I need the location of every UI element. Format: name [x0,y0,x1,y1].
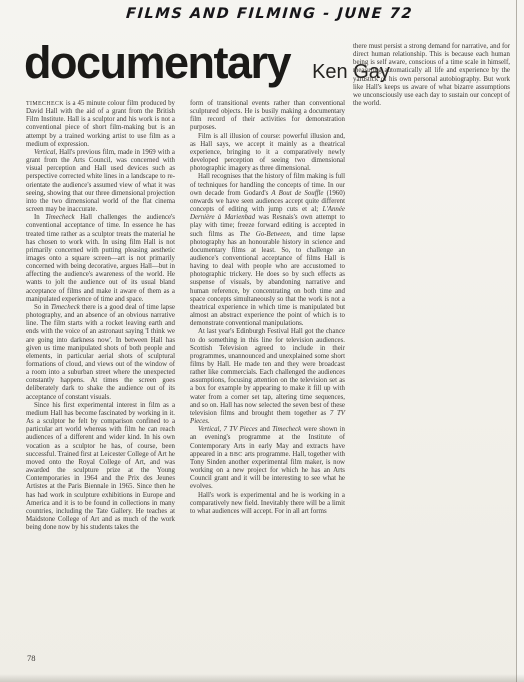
text-segment: The Go-Between, [240,231,292,238]
article-column-1: TIMECHECK is a 45 minute colour film pro… [26,100,175,532]
text-segment: Timecheck [272,426,301,433]
paragraph: Film is all illusion of course: powerful… [190,133,345,174]
article-title: documentary [24,40,290,86]
text-segment: Hall challenges the audience's conventio… [26,214,175,303]
text-segment: Film is all illusion of course: powerful… [190,133,345,173]
text-segment: and [258,426,273,433]
text-segment: In [34,214,45,221]
paragraph: At last year's Edinburgh Festival Hall g… [190,328,345,426]
page-edge-line [516,0,517,682]
text-segment: TIMECHECK [26,101,64,107]
text-segment: Vertical, 7 TV Pieces [198,426,258,433]
article-masthead: documentaryKen Gay [24,40,390,92]
text-segment: Vertical, [34,149,57,156]
text-segment: So in [34,304,51,311]
text-segment: form of transitional events rather than … [190,100,345,131]
article-column-2: form of transitional events rather than … [190,100,345,516]
handwritten-header: FILMS AND FILMING - JUNE 72 [125,6,406,22]
text-segment: there must persist a strong demand for n… [353,43,510,107]
paragraph: Vertical, 7 TV Pieces and Timecheck were… [190,426,345,491]
text-segment: Hall's previous film, made in 1969 with … [26,149,175,213]
text-segment: and time lapse photography has an honour… [190,231,345,328]
paragraph: So in Timecheck there is a good deal of … [26,304,175,402]
paragraph: there must persist a strong demand for n… [353,43,510,108]
paragraph: TIMECHECK is a 45 minute colour film pro… [26,100,175,149]
page-bottom-shadow [0,674,524,682]
page-edge-strip [517,0,524,682]
paragraph: Hall recognises that the history of film… [190,173,345,328]
paragraph: Hall's work is experimental and he is wo… [190,492,345,516]
text-segment: Hall's work is experimental and he is wo… [190,492,345,515]
text-segment: is a 45 minute colour film produced by D… [26,100,175,148]
paragraph: form of transitional events rather than … [190,100,345,133]
text-segment: Since his first experimental interest in… [26,402,175,531]
article-column-3: there must persist a strong demand for n… [353,43,510,108]
paragraph: Since his first experimental interest in… [26,402,175,533]
paragraph: In Timecheck Hall challenges the audienc… [26,214,175,304]
text-segment: A Bout de Souffle [271,190,323,197]
magazine-page: FILMS AND FILMING - JUNE 72 documentaryK… [0,0,524,682]
text-segment: BBC [230,452,243,458]
page-number: 78 [27,653,36,663]
text-segment: Timecheck [51,304,80,311]
paragraph: Vertical, Hall's previous film, made in … [26,149,175,214]
text-segment: there is a good deal of time lapse photo… [26,304,175,401]
text-segment: At last year's Edinburgh Festival Hall g… [190,328,345,417]
text-segment: Timecheck [45,214,74,221]
